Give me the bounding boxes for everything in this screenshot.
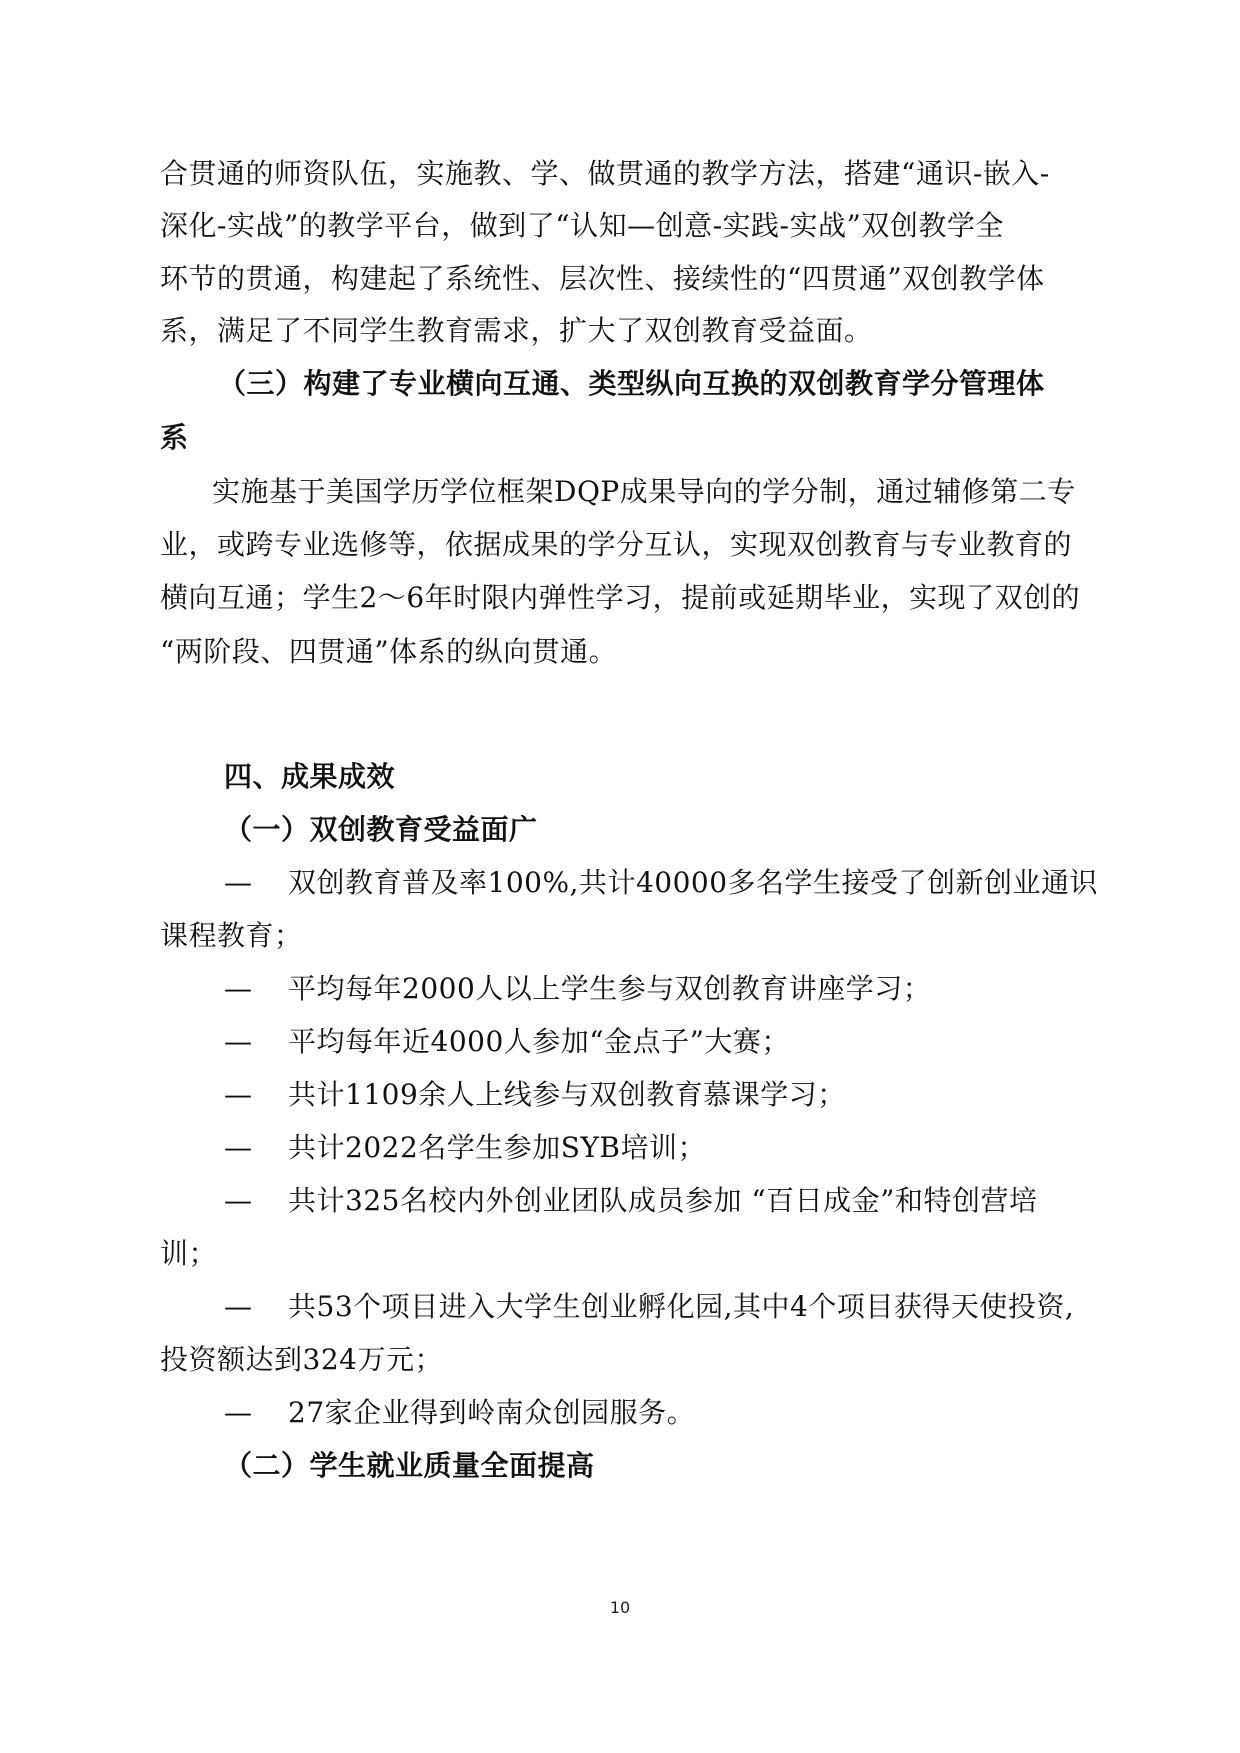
dash-bullet-icon: —: [224, 1024, 288, 1060]
list-item-continued: 课程教育；: [160, 918, 303, 954]
subsection-heading-continued: 系: [160, 420, 189, 456]
dash-bullet-icon: —: [224, 865, 288, 901]
dash-bullet-icon: —: [224, 1395, 288, 1431]
list-item-text: 共53个项目进入大学生创业孵化园,其中4个项目获得天使投资,: [288, 1290, 1074, 1323]
paragraph-line: “两阶段、四贯通”体系的纵向贯通。: [160, 634, 617, 670]
list-item: —共计1109余人上线参与双创教育慕课学习；: [224, 1077, 846, 1113]
page-number: 10: [0, 1598, 1240, 1617]
list-item-text: 双创教育普及率100%,共计40000多名学生接受了创新创业通识: [288, 866, 1098, 899]
list-item: —27家企业得到岭南众创园服务。: [224, 1395, 695, 1431]
list-item: —双创教育普及率100%,共计40000多名学生接受了创新创业通识: [224, 865, 1098, 901]
list-item-text: 共计2022名学生参加SYB培训；: [288, 1131, 706, 1164]
list-item-continued: 投资额达到324万元；: [160, 1342, 443, 1378]
list-item-text: 平均每年2000人以上学生参与双创教育讲座学习；: [288, 972, 931, 1005]
subsection-heading: （三）构建了专业横向互通、类型纵向互换的双创教育学分管理体: [218, 366, 1045, 402]
paragraph-line: 合贯通的师资队伍，实施教、学、做贯通的教学方法，搭建“通识-嵌入-: [160, 156, 1050, 192]
subsection-heading: （二）学生就业质量全面提高: [224, 1448, 595, 1484]
list-item-text: 27家企业得到岭南众创园服务。: [288, 1396, 695, 1429]
paragraph-line: 横向互通；学生2～6年时限内弹性学习，提前或延期毕业，实现了双创的: [160, 580, 1080, 616]
dash-bullet-icon: —: [224, 1077, 288, 1113]
list-item-text: 共计325名校内外创业团队成员参加 “百日成金”和特创营培: [288, 1184, 1037, 1217]
dash-bullet-icon: —: [224, 1183, 288, 1219]
list-item-continued: 训；: [160, 1236, 217, 1272]
list-item: —共53个项目进入大学生创业孵化园,其中4个项目获得天使投资,: [224, 1289, 1074, 1325]
document-page: 合贯通的师资队伍，实施教、学、做贯通的教学方法，搭建“通识-嵌入- 深化-实战”…: [0, 0, 1240, 1753]
paragraph-line: 系，满足了不同学生教育需求，扩大了双创教育受益面。: [160, 313, 873, 349]
list-item: —共计2022名学生参加SYB培训；: [224, 1130, 706, 1166]
list-item: —共计325名校内外创业团队成员参加 “百日成金”和特创营培: [224, 1183, 1037, 1219]
paragraph-line: 深化-实战”的教学平台，做到了“认知—创意-实践-实战”双创教学全: [160, 208, 1004, 244]
dash-bullet-icon: —: [224, 1289, 288, 1325]
dash-bullet-icon: —: [224, 1130, 288, 1166]
paragraph-line: 实施基于美国学历学位框架DQP成果导向的学分制，通过辅修第二专: [212, 474, 1076, 510]
paragraph-line: 环节的贯通，构建起了系统性、层次性、接续性的“四贯通”双创教学体: [160, 261, 1045, 297]
subsection-heading: （一）双创教育受益面广: [224, 812, 538, 848]
section-heading: 四、成果成效: [224, 759, 395, 795]
paragraph-line: 业，或跨专业选修等，依据成果的学分互认，实现双创教育与专业教育的: [160, 527, 1072, 563]
list-item-text: 共计1109余人上线参与双创教育慕课学习；: [288, 1078, 846, 1111]
dash-bullet-icon: —: [224, 971, 288, 1007]
list-item-text: 平均每年近4000人参加“金点子”大赛；: [288, 1025, 790, 1058]
list-item: —平均每年2000人以上学生参与双创教育讲座学习；: [224, 971, 931, 1007]
list-item: —平均每年近4000人参加“金点子”大赛；: [224, 1024, 790, 1060]
